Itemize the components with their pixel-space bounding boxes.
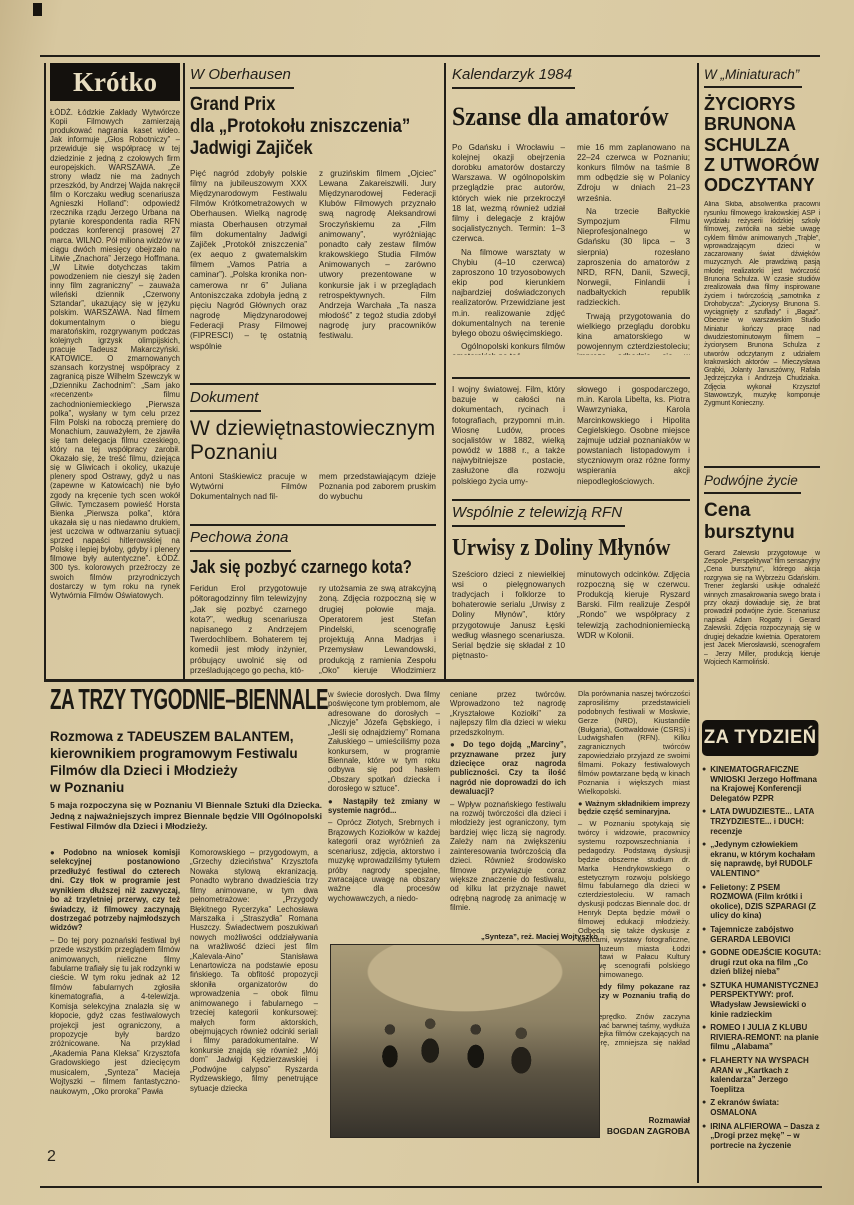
paragraph: Po Gdańsku i Wrocławiu – kolejnej okazji… (452, 143, 565, 245)
article-cena-bursztynu: Podwójne życie Cena bursztynu Gerard Zal… (704, 472, 820, 712)
bottom-rule (40, 1186, 822, 1188)
za-tydzien-item: ● SZTUKA HUMANISTYCZNEJ PERSPEKTYWY: pro… (702, 981, 822, 1019)
headline-grand-prix: Grand Prix dla „Protokołu zniszczenia” J… (190, 94, 406, 161)
za-tydzien-item-text: ROMEO I JULIA Z KLUBU RIVIERA-REMONT: na… (710, 1023, 822, 1052)
kicker-pechowa: Pechowa żona (190, 530, 291, 552)
paragraph: Na filmowe warsztaty w Chybiu (4–10 czer… (452, 248, 565, 340)
article-body-col: słowego i gospodarczego, m.in. Karola Li… (577, 385, 690, 495)
bullet-icon: ● (702, 1023, 706, 1052)
interview-subtitle: Rozmowa z TADEUSZEM BALANTEM, kierowniki… (50, 728, 326, 796)
za-tydzien-item: ● ROMEO I JULIA Z KLUBU RIVIERA-REMONT: … (702, 1023, 822, 1052)
interview-paragraph: – Do tej pory poznański festiwal był prz… (50, 936, 180, 1096)
article-kalendarzyk: Kalendarzyk 1984 Szanse dla amatorów Po … (452, 66, 690, 355)
za-tydzien-item: ● LATA DWUDZIESTE... LATA TRZYDZIESTE...… (702, 807, 822, 836)
registration-mark (33, 3, 42, 16)
za-tydzien-item: ● IRINA ALFIEROWA – Dasza z „Drogi przez… (702, 1122, 822, 1151)
interview-column-4: ceniane przez twórców. Wprowadzono też n… (450, 690, 566, 930)
za-tydzien-item-text: Z ekranów świata: OSMALONA (710, 1098, 822, 1117)
interview-paragraph: ceniane przez twórców. Wprowadzono też n… (450, 690, 566, 737)
za-tydzien-item-text: „Jedynym człowiekiem ekranu, w którym ko… (710, 840, 822, 878)
headline-urwisy: Urwisy z Doliny Młynów (452, 536, 657, 561)
newspaper-page: Krótko ŁÓDŹ. Łódzkie Zakłady Wytwórcze K… (0, 0, 854, 1205)
article-body: Gerard Zalewski przygotowuje w Zespole „… (704, 550, 820, 712)
kicker-dokument: Dokument (190, 390, 261, 412)
paragraph: Ogólnopolski konkurs filmów amatorskich … (452, 342, 565, 355)
za-tydzien-box: ZA TYDZIEŃ ● KINEMATOGRAFICZNE WNIOSKI J… (702, 720, 822, 1185)
kicker-oberhausen: W Oberhausen (190, 67, 294, 89)
section-rule (190, 524, 436, 526)
headline-szanse: Szanse dla amatorów (452, 103, 671, 130)
headline-poznan: W dziewiętnastowiecznym Poznaniu (190, 417, 436, 465)
za-tydzien-item-text: Tajemnicze zabójstwo GERARDA LEBOVICI (710, 925, 822, 944)
article-krotko: Krótko ŁÓDŹ. Łódzkie Zakłady Wytwórcze K… (50, 63, 180, 676)
bullet-icon: ● (702, 925, 706, 944)
article-body-col: Feridun Erol przygotowuje półtoragodzinn… (190, 584, 307, 676)
interview-paragraph: ● Ważnym składnikiem imprezy będzie częś… (578, 800, 690, 818)
page-number: 2 (47, 1148, 56, 1166)
interview-paragraph: ● Nastąpiły też zmiany w systemie nagród… (328, 797, 440, 816)
kicker-podwojne: Podwójne życie (704, 474, 801, 494)
article-body-col: mem przedstawiającym dzieje Poznania pod… (319, 472, 436, 506)
za-tydzien-item: ● GODNE ODEJŚCIE KOGUTA: drugi rzut oka … (702, 948, 822, 977)
article-urwisy: Wspólnie z telewizją RFN Urwisy z Doliny… (452, 504, 690, 664)
paragraph: mie 16 mm zaplanowano na 22–24 czerwca w… (577, 143, 690, 204)
interview-lead: 5 maja rozpoczyna się w Poznaniu VI Bien… (50, 800, 322, 832)
article-body-col: ry utożsamia ze swą atrakcyjną żoną. Zdj… (319, 584, 436, 676)
za-tydzien-item-text: SZTUKA HUMANISTYCZNEJ PERSPEKTYWY: prof.… (710, 981, 822, 1019)
article-dokument: Dokument W dziewiętnastowiecznym Poznani… (190, 389, 436, 506)
interview-signature-role: Rozmawiał (578, 1116, 690, 1126)
article-miniatury: W „Miniaturach” ŻYCIORYS BRUNONA SCHULZA… (704, 66, 820, 459)
za-tydzien-title: ZA TYDZIEŃ (702, 720, 818, 756)
bullet-icon: ● (702, 1098, 706, 1117)
kicker-urwisy: Wspólnie z telewizją RFN (452, 505, 625, 527)
za-tydzien-item: ● KINEMATOGRAFICZNE WNIOSKI Jerzego Hoff… (702, 765, 822, 803)
za-tydzien-item: ● „Jedynym człowiekiem ekranu, w którym … (702, 840, 822, 878)
article-dokument-continuation: I wojny światowej. Film, który bazuje w … (452, 385, 690, 495)
za-tydzien-item-text: LATA DWUDZIESTE... LATA TRZYDZIESTE... i… (710, 807, 822, 836)
interview-paragraph: Komorowskiego – przygodowym, a „Grzechy … (190, 848, 318, 1093)
kicker-kalendarzyk: Kalendarzyk 1984 (452, 67, 575, 89)
krotko-body: ŁÓDŹ. Łódzkie Zakłady Wytwórcze Kopii Fi… (50, 108, 180, 676)
bullet-icon: ● (702, 883, 706, 921)
article-body: Alina Skiba, absolwentka pracowni rysunk… (704, 201, 820, 459)
photo-caption: „Synteza”, reż. Maciej Wojtyszko (438, 932, 598, 941)
article-body-col: Antoni Staśkiewicz pracuje w Wytwórni Fi… (190, 472, 307, 506)
article-body-col: z gruzińskim filmem „Ojciec” Lewana Zaka… (319, 169, 436, 359)
section-rule-thick (44, 679, 694, 682)
paragraph: Trwają przygotowania do wielkiego przegl… (577, 312, 690, 355)
bullet-icon: ● (702, 840, 706, 878)
photo-synteza (330, 944, 600, 1138)
za-tydzien-list: ● KINEMATOGRAFICZNE WNIOSKI Jerzego Hoff… (702, 765, 822, 1185)
kicker-miniatury: W „Miniaturach” (704, 68, 802, 88)
column-divider (183, 63, 185, 680)
za-tydzien-item: ● Z ekranów świata: OSMALONA (702, 1098, 822, 1117)
interview-column-3: w świecie dorosłych. Dwa filmy poświęcon… (328, 690, 440, 932)
article-pechowa-zona: Pechowa żona Jak się pozbyć czarnego kot… (190, 529, 436, 676)
column-divider (444, 63, 446, 680)
article-body-col: Pięć nagród zdobyły polskie filmy na jub… (190, 169, 307, 359)
section-rule (452, 377, 690, 379)
article-body-col: Po Gdańsku i Wrocławiu – kolejnej okazji… (452, 143, 565, 355)
za-tydzien-item-text: IRINA ALFIEROWA – Dasza z „Drogi przez m… (710, 1122, 822, 1151)
za-tydzien-item-text: GODNE ODEJŚCIE KOGUTA: drugi rzut oka na… (710, 948, 822, 977)
interview-paragraph: ● Podobno na wniosek komisji selekcyjnej… (50, 848, 180, 933)
article-body-col: Sześcioro dzieci z niewielkiej wsi o pie… (452, 570, 565, 664)
za-tydzien-item-text: KINEMATOGRAFICZNE WNIOSKI Jerzego Hoffma… (710, 765, 822, 803)
interview-signature-name: BOGDAN ZAGROBA (578, 1126, 690, 1137)
article-body-col: mie 16 mm zaplanowano na 22–24 czerwca w… (577, 143, 690, 355)
za-tydzien-item: ● Tajemnicze zabójstwo GERARDA LEBOVICI (702, 925, 822, 944)
article-oberhausen: W Oberhausen Grand Prix dla „Protokołu z… (190, 66, 436, 359)
interview-paragraph: Dla porównania naszej twórczości zaprosi… (578, 690, 690, 797)
column-divider (697, 63, 699, 1183)
bullet-icon: ● (702, 807, 706, 836)
bullet-icon: ● (702, 1056, 706, 1094)
bullet-icon: ● (702, 948, 706, 977)
interview-column-1: ● Podobno na wniosek komisji selekcyjnej… (50, 848, 180, 1146)
interview-paragraph: – Wpływ poznańskiego festiwalu na rozwój… (450, 800, 566, 913)
headline-cena-bursztynu: Cena bursztynu (704, 500, 820, 544)
left-column-rule (44, 63, 46, 680)
interview-paragraph: ● Do tego dojdą „Marciny”, przyznawane p… (450, 740, 566, 797)
interview-column-2: Komorowskiego – przygodowym, a „Grzechy … (190, 848, 318, 1146)
krotko-title: Krótko (50, 63, 180, 101)
headline-czarny-kot: Jak się pozbyć czarnego kota? (190, 558, 397, 578)
section-rule (190, 383, 436, 385)
bullet-icon: ● (702, 765, 706, 803)
interview-paragraph: w świecie dorosłych. Dwa filmy poświęcon… (328, 690, 440, 794)
article-body-col: I wojny światowej. Film, który bazuje w … (452, 385, 565, 495)
za-tydzien-item-text: FLAHERTY NA WYSPACH ARAN w „Kartkach z k… (710, 1056, 822, 1094)
section-rule (452, 499, 690, 501)
article-body-col: minutowych odcinków. Zdjęcia rozpoczną s… (577, 570, 690, 664)
headline-zyciorys: ŻYCIORYS BRUNONA SCHULZA Z UTWORÓW ODCZY… (704, 94, 820, 196)
za-tydzien-item-text: Felietony: Z PSEM ROZMOWA (Film krótki i… (710, 883, 822, 921)
interview-title: ZA TRZY TYGODNIE–BIENNALE (50, 686, 328, 715)
za-tydzien-item: ● Felietony: Z PSEM ROZMOWA (Film krótki… (702, 883, 822, 921)
top-rule (40, 55, 820, 57)
za-tydzien-item: ● FLAHERTY NA WYSPACH ARAN w „Kartkach z… (702, 1056, 822, 1094)
paragraph: Na trzecie Bałtyckie Sympozjum Filmu Nie… (577, 207, 690, 309)
bullet-icon: ● (702, 981, 706, 1019)
interview-paragraph: – Oprócz Złotych, Srebrnych i Brązowych … (328, 818, 440, 903)
section-rule (704, 466, 820, 468)
bullet-icon: ● (702, 1122, 706, 1151)
